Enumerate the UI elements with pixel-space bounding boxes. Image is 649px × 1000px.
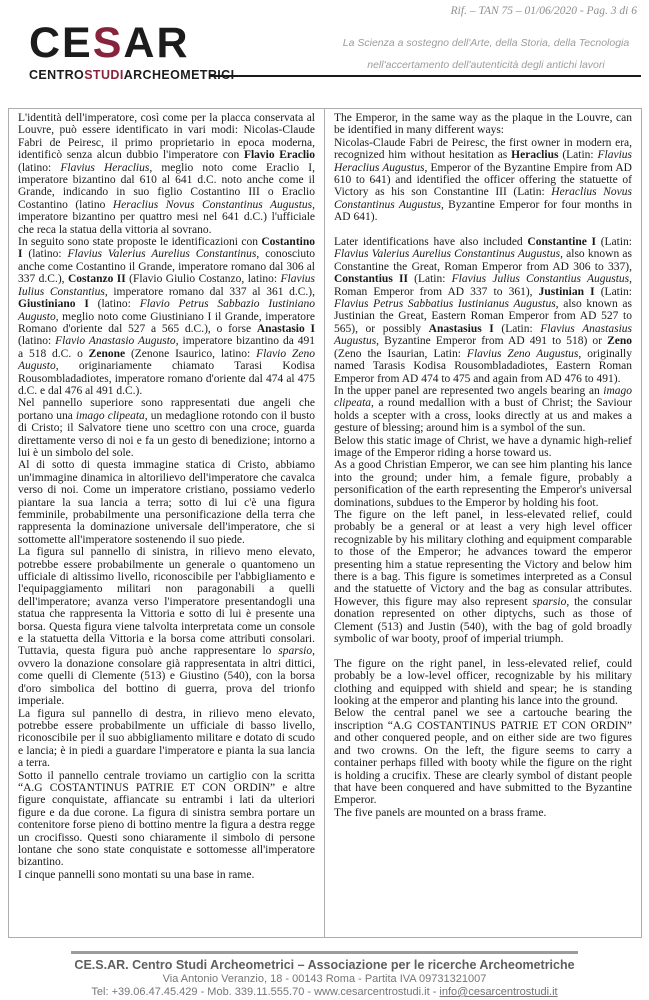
logo-sub-part1: CENTRO <box>29 68 84 82</box>
text-segment: Heraclius <box>511 149 558 161</box>
text-segment: As a good Christian Emperor, we can see … <box>334 459 632 508</box>
cesar-logo: CESAR CENTROSTUDIARCHEOMETRICI <box>29 22 234 82</box>
footer-org-line: CE.S.AR. Centro Studi Archeometrici – As… <box>0 958 649 972</box>
text-segment: sparsio <box>278 645 312 657</box>
text-segment: Anastasio I <box>257 323 315 335</box>
paragraph: Nicolas-Claude Fabri de Peiresc, the fir… <box>334 137 632 224</box>
text-segment: Justinian I <box>539 286 595 298</box>
logo-wordmark: CESAR <box>29 22 234 65</box>
text-segment: (Latin: <box>595 286 632 298</box>
footer-rule <box>71 951 578 954</box>
text-segment: Later identifications have also included <box>334 236 527 248</box>
text-segment: (latino: <box>22 248 67 260</box>
column-english: The Emperor, in the same way as the plaq… <box>325 109 641 937</box>
text-segment: Flavius Zeno Augustus <box>467 348 578 360</box>
text-segment: Flavio Eraclio <box>244 149 315 161</box>
text-segment: , a round medallion with a bust of Chris… <box>334 397 632 434</box>
paragraph: Nel pannello superiore sono rappresentat… <box>18 397 315 459</box>
paragraph: La figura sul pannello di destra, in ril… <box>18 708 315 770</box>
paragraph: I cinque pannelli sono montati su una ba… <box>18 869 315 881</box>
text-segment: Flavius Heraclius <box>60 162 149 174</box>
text-segment: The Emperor, in the same way as the plaq… <box>334 112 632 136</box>
text-segment: I cinque pannelli sono montati su una ba… <box>18 869 254 881</box>
page-reference: Rif. – TAN 75 – 01/06/2020 - Pag. 3 di 6 <box>451 5 637 17</box>
paragraph: The figure on the right panel, in less-e… <box>334 658 632 708</box>
text-segment: Constantine I <box>527 236 596 248</box>
tagline-line1: La Scienza a sostegno dell'Arte, della S… <box>328 37 644 49</box>
text-segment: Flavius Valerius Aurelius Constantinus A… <box>334 248 560 260</box>
column-italian: L'identità dell'imperatore, così come pe… <box>9 109 325 937</box>
paragraph: The five panels are mounted on a brass f… <box>334 807 632 819</box>
text-segment: , Byzantine Emperor from AD 491 to 518) … <box>376 335 607 347</box>
paragraph: The figure on the left panel, in less-el… <box>334 509 632 645</box>
text-segment: Zeno <box>607 335 632 347</box>
paragraph: In the upper panel are represented two a… <box>334 385 632 435</box>
text-segment: (Flavio Giulio Costanzo, latino: <box>126 273 281 285</box>
text-segment: Costanzo II <box>68 273 126 285</box>
paragraph: In seguito sono state proposte le identi… <box>18 236 315 397</box>
paragraph: La figura sul pannello di sinistra, in r… <box>18 546 315 707</box>
text-segment: , originariamente chiamato Tarasi Kodisa… <box>18 360 315 397</box>
paragraph: Al di sotto di questa immagine statica d… <box>18 459 315 546</box>
logo-word-part1: CE <box>29 19 93 67</box>
logo-word-part2: S <box>93 19 124 67</box>
text-segment: (Latin: <box>558 149 597 161</box>
text-segment: The figure on the left panel, in less-el… <box>334 509 632 608</box>
footer-address-line: Via Antonio Veranzio, 18 - 00143 Roma - … <box>0 973 649 985</box>
text-segment: (latino: <box>18 162 60 174</box>
text-segment: Below this static image of Christ, we ha… <box>334 435 632 459</box>
footer-email-link[interactable]: info@cesarcentrostudi.it <box>439 986 557 998</box>
content-box: L'identità dell'imperatore, così come pe… <box>8 108 642 938</box>
text-segment: (latino: <box>18 335 55 347</box>
text-segment: Giustiniano I <box>18 298 89 310</box>
text-segment: Constantius II <box>334 273 408 285</box>
text-segment: The figure on the right panel, in less-e… <box>334 658 632 707</box>
paragraph: Sotto il pannello centrale troviamo un c… <box>18 770 315 869</box>
footer-contact-line: Tel: +39.06.47.45.429 - Mob. 339.11.555.… <box>0 986 649 998</box>
tagline-line2: nell'accertamento dell'autenticità degli… <box>328 59 644 71</box>
paragraph: The Emperor, in the same way as the plaq… <box>334 112 632 137</box>
text-segment: (Latin: <box>408 273 452 285</box>
logo-subtitle: CENTROSTUDIARCHEOMETRICI <box>29 68 234 82</box>
text-segment: Zenone <box>89 348 125 360</box>
text-segment: La figura sul pannello di sinistra, in r… <box>18 546 315 657</box>
text-segment: , imperatore romano dal 337 al 361 d.C.)… <box>105 286 315 298</box>
text-segment: (Zenone Isaurico, latino: <box>125 348 256 360</box>
text-segment: (Latin: <box>596 236 632 248</box>
text-segment: (Zeno the Isaurian, Latin: <box>334 348 467 360</box>
text-segment: Flavius Valerius Aurelius Constantinus <box>68 248 257 260</box>
header-rule <box>209 75 641 77</box>
text-segment: Heraclius Novus Constantinus Augustus <box>113 199 312 211</box>
text-segment: Al di sotto di questa immagine statica d… <box>18 459 315 545</box>
text-segment: Below the central panel we see a cartouc… <box>334 707 632 806</box>
text-segment: Sotto il pannello centrale troviamo un c… <box>18 770 315 869</box>
text-segment: (Latin: <box>494 323 540 335</box>
text-segment: Flavius Petrus Sabbatius Iustinianus Aug… <box>334 298 559 310</box>
text-segment: sparsio <box>532 596 566 608</box>
tagline: La Scienza a sostegno dell'Arte, della S… <box>328 37 644 71</box>
text-segment: In the upper panel are represented two a… <box>334 385 603 397</box>
text-segment: The five panels are mounted on a brass f… <box>334 807 546 819</box>
text-segment: In seguito sono state proposte le identi… <box>18 236 261 248</box>
paragraph: Below this static image of Christ, we ha… <box>334 435 632 460</box>
text-segment: Anastasius I <box>429 323 494 335</box>
paragraph: As a good Christian Emperor, we can see … <box>334 459 632 509</box>
paragraph: L'identità dell'imperatore, così come pe… <box>18 112 315 236</box>
logo-sub-part2: STUDI <box>84 68 124 82</box>
footer-contact-text: Tel: +39.06.47.45.429 - Mob. 339.11.555.… <box>91 986 439 998</box>
text-segment: Flavio Anastasio Augusto <box>55 335 176 347</box>
text-segment: La figura sul pannello di destra, in ril… <box>18 708 315 770</box>
text-segment: (latino: <box>89 298 140 310</box>
paragraph: Below the central panel we see a cartouc… <box>334 707 632 806</box>
logo-word-part3: AR <box>123 19 189 67</box>
paragraph: Later identifications have also included… <box>334 236 632 385</box>
text-segment: imago clipeata <box>76 410 145 422</box>
text-segment: Flavius Julius Constantius Augustus <box>452 273 629 285</box>
